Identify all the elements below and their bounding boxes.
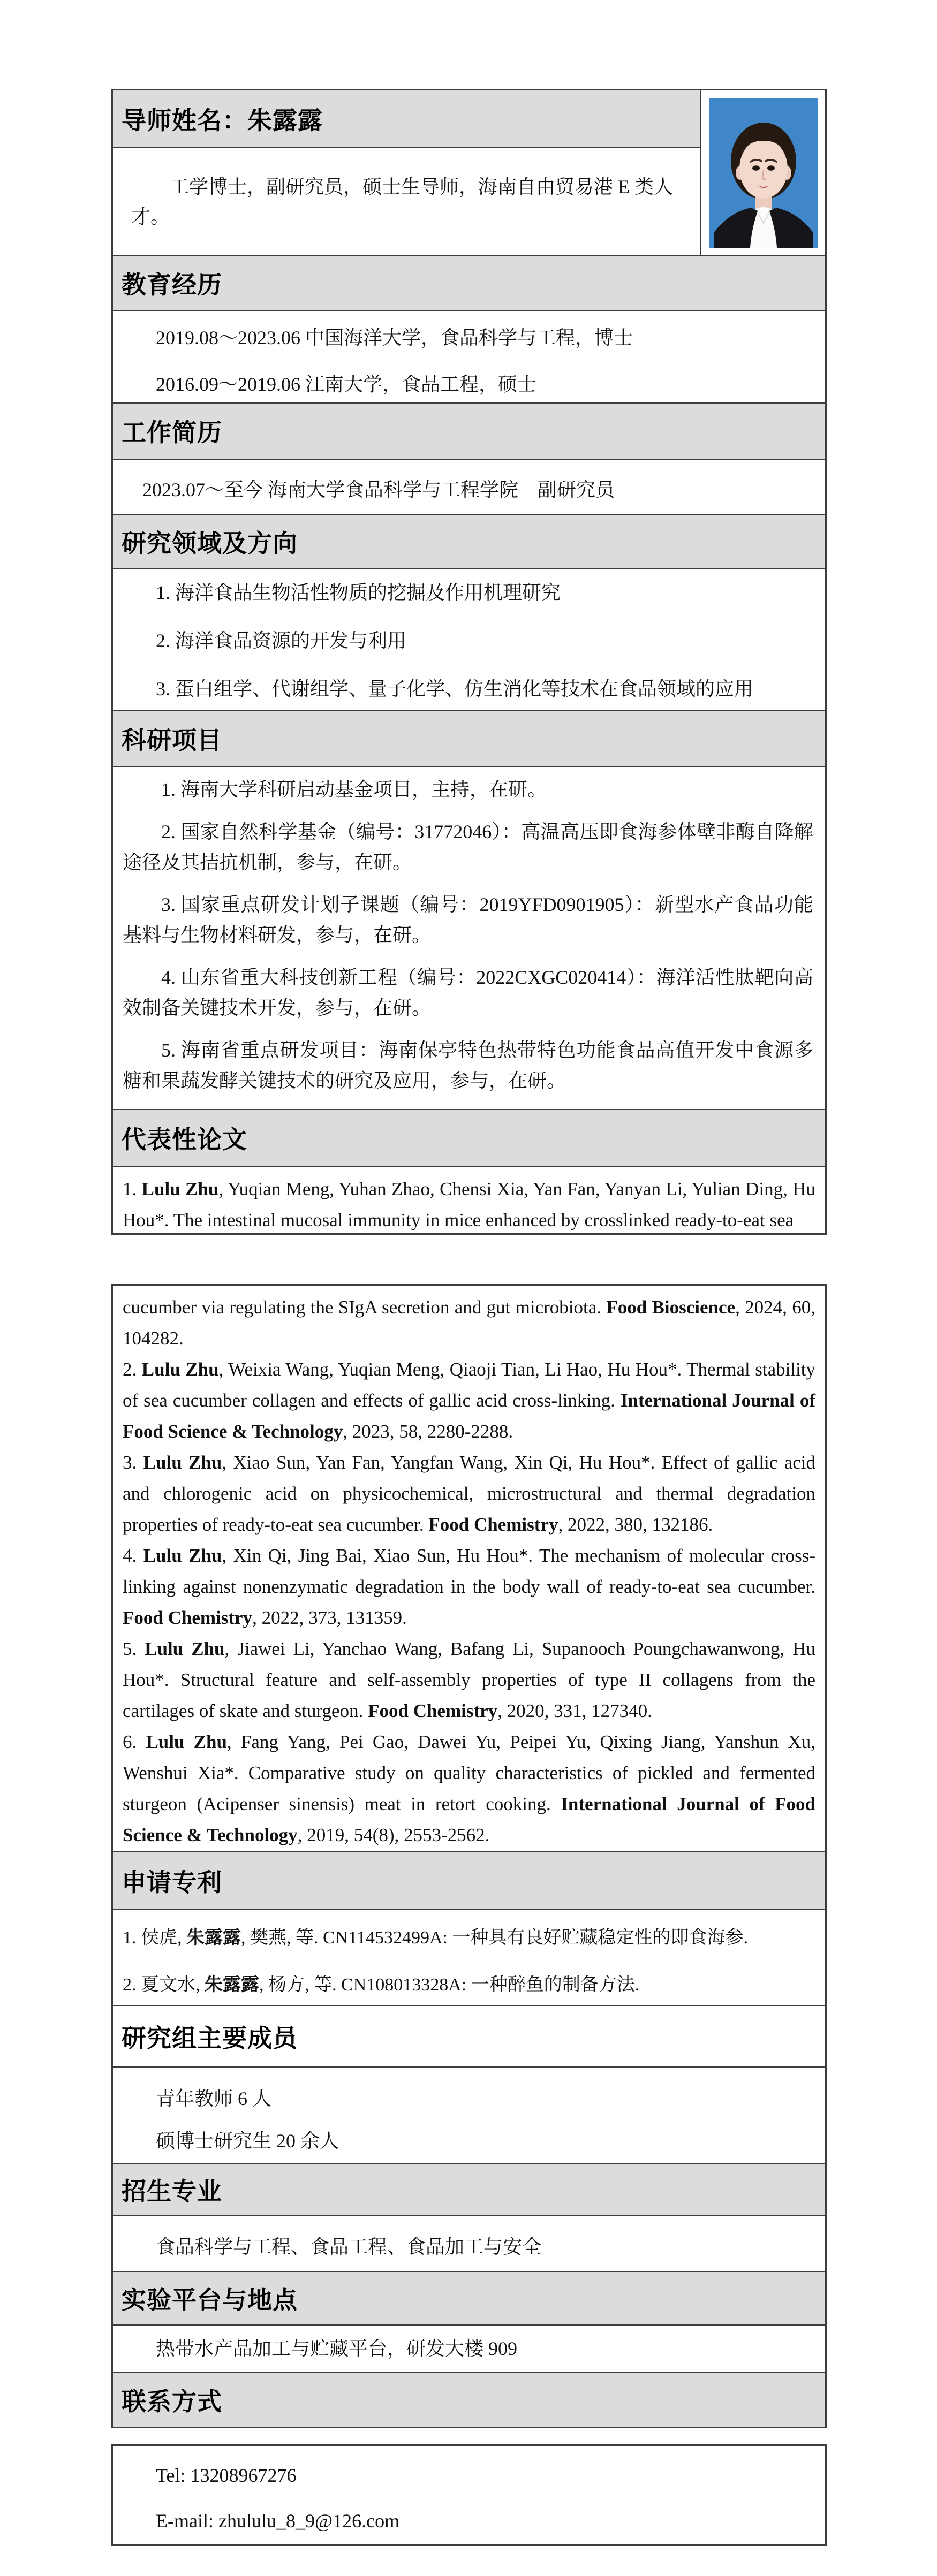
section-body-team: 青年教师 6 人硕博士研究生 20 余人 [113,2068,825,2164]
list-item: 5. Lulu Zhu, Jiawei Li, Yanchao Wang, Ba… [123,1633,815,1727]
supervisor-intro-text: 工学博士，副研究员，硕士生导师，海南自由贸易港 E 类人才。 [131,172,682,232]
list-item: 1. 海南大学科研启动基金项目，主持，在研。 [123,774,813,805]
section-body-papers-part1: 1. Lulu Zhu, Yuqian Meng, Yuhan Zhao, Ch… [113,1167,825,1233]
section-title: 教育经历 [122,265,222,301]
section-header-projects: 科研项目 [113,711,825,767]
section-body-majors: 食品科学与工程、食品工程、食品加工与安全 [113,2216,825,2272]
section-title: 工作简历 [122,413,222,449]
list-item: 2. 海洋食品资源的开发与利用 [156,626,804,656]
section-header-majors: 招生专业 [113,2164,825,2216]
list-item: 2023.07～至今 海南大学食品科学与工程学院 副研究员 [142,475,804,505]
list-item: 2016.09～2019.06 江南大学，食品工程，硕士 [156,369,804,400]
page-2: cucumber via regulating the SIgA secreti… [111,1284,827,2428]
supervisor-name-label: 导师姓名：朱露露 [122,101,323,136]
section-title: 联系方式 [122,2382,222,2418]
section-title: 代表性论文 [122,1120,247,1156]
identity-row: 导师姓名：朱露露 工学博士，副研究员，硕士生导师，海南自由贸易港 E 类人才。 [113,90,825,256]
list-item: 2. 夏文水, 朱露露, 杨方, 等. CN108013328A: 一种醉鱼的制… [123,1970,813,2001]
section-title: 研究组主要成员 [122,2019,298,2054]
photo-cell [701,90,825,255]
section-body-education: 2019.08～2023.06 中国海洋大学，食品科学与工程，博士2016.09… [113,311,825,404]
list-item: 食品科学与工程、食品工程、食品加工与安全 [156,2232,804,2262]
section-header-research-areas: 研究领域及方向 [113,515,825,569]
section-body-patents: 1. 侯虎, 朱露露, 樊燕, 等. CN114532499A: 一种具有良好贮… [113,1910,825,2006]
section-title: 实验平台与地点 [122,2281,298,2316]
list-item: 2. Lulu Zhu, Weixia Wang, Yuqian Meng, Q… [123,1354,815,1447]
list-item: 青年教师 6 人 [156,2084,804,2114]
list-item: 6. Lulu Zhu, Fang Yang, Pei Gao, Dawei Y… [123,1727,815,1851]
list-item: 1. Lulu Zhu, Yuqian Meng, Yuhan Zhao, Ch… [123,1174,815,1233]
list-item: 2019.08～2023.06 中国海洋大学，食品科学与工程，博士 [156,323,804,353]
section-body-platform: 热带水产品加工与贮藏平台，研发大楼 909 [113,2326,825,2373]
list-item: 2. 国家自然科学基金（编号：31772046）：高温高压即食海参体壁非酶自降解… [123,817,813,878]
list-item: 3. Lulu Zhu, Xiao Sun, Yan Fan, Yangfan … [123,1447,815,1540]
section-body-research-areas: 1. 海洋食品生物活性物质的挖掘及作用机理研究2. 海洋食品资源的开发与利用3.… [113,569,825,711]
supervisor-intro-cell: 工学博士，副研究员，硕士生导师，海南自由贸易港 E 类人才。 [113,148,700,255]
supervisor-name-header: 导师姓名：朱露露 [113,90,700,148]
list-item: 硕博士研究生 20 余人 [156,2126,804,2156]
section-header-platform: 实验平台与地点 [113,2272,825,2326]
section-title: 申请专利 [122,1863,222,1898]
section-body-projects: 1. 海南大学科研启动基金项目，主持，在研。2. 国家自然科学基金（编号：317… [113,767,825,1110]
list-item: 1. 海洋食品生物活性物质的挖掘及作用机理研究 [156,577,804,608]
portrait-photo [709,98,818,248]
section-header-patents: 申请专利 [113,1852,825,1910]
list-item: E-mail: zhululu_8_9@126.com [156,2506,804,2536]
list-item: 4. 山东省重大科技创新工程（编号：2022CXGC020414）：海洋活性肽靶… [123,962,813,1023]
document-canvas: 导师姓名：朱露露 工学博士，副研究员，硕士生导师，海南自由贸易港 E 类人才。 [0,0,937,2576]
section-body-papers-part2: cucumber via regulating the SIgA secreti… [113,1286,825,1852]
section-title: 科研项目 [122,721,222,756]
list-item: cucumber via regulating the SIgA secreti… [123,1292,815,1354]
section-body-work: 2023.07～至今 海南大学食品科学与工程学院 副研究员 [113,460,825,515]
identity-left-column: 导师姓名：朱露露 工学博士，副研究员，硕士生导师，海南自由贸易港 E 类人才。 [113,90,701,255]
list-item: 1. 侯虎, 朱露露, 樊燕, 等. CN114532499A: 一种具有良好贮… [123,1922,813,1954]
section-header-team: 研究组主要成员 [113,2006,825,2068]
section-title: 研究领域及方向 [122,524,298,559]
section-title: 招生专业 [122,2172,222,2207]
list-item: 3. 国家重点研发计划子课题（编号：2019YFD0901905）：新型水产食品… [123,890,813,951]
section-header-work: 工作简历 [113,404,825,460]
section-header-papers: 代表性论文 [113,1110,825,1167]
list-item: 3. 蛋白组学、代谢组学、量子化学、仿生消化等技术在食品领域的应用 [156,674,804,704]
section-header-contact: 联系方式 [113,2373,825,2427]
list-item: 5. 海南省重点研发项目：海南保亭特色热带特色功能食品高值开发中食源多糖和果蔬发… [123,1035,813,1096]
list-item: 热带水产品加工与贮藏平台，研发大楼 909 [156,2334,804,2364]
page-1: 导师姓名：朱露露 工学博士，副研究员，硕士生导师，海南自由贸易港 E 类人才。 [111,89,827,1235]
list-item: Tel: 13208967276 [156,2460,804,2491]
section-header-education: 教育经历 [113,256,825,311]
contact-card: Tel: 13208967276E-mail: zhululu_8_9@126.… [111,2444,827,2546]
list-item: 4. Lulu Zhu, Xin Qi, Jing Bai, Xiao Sun,… [123,1540,815,1633]
